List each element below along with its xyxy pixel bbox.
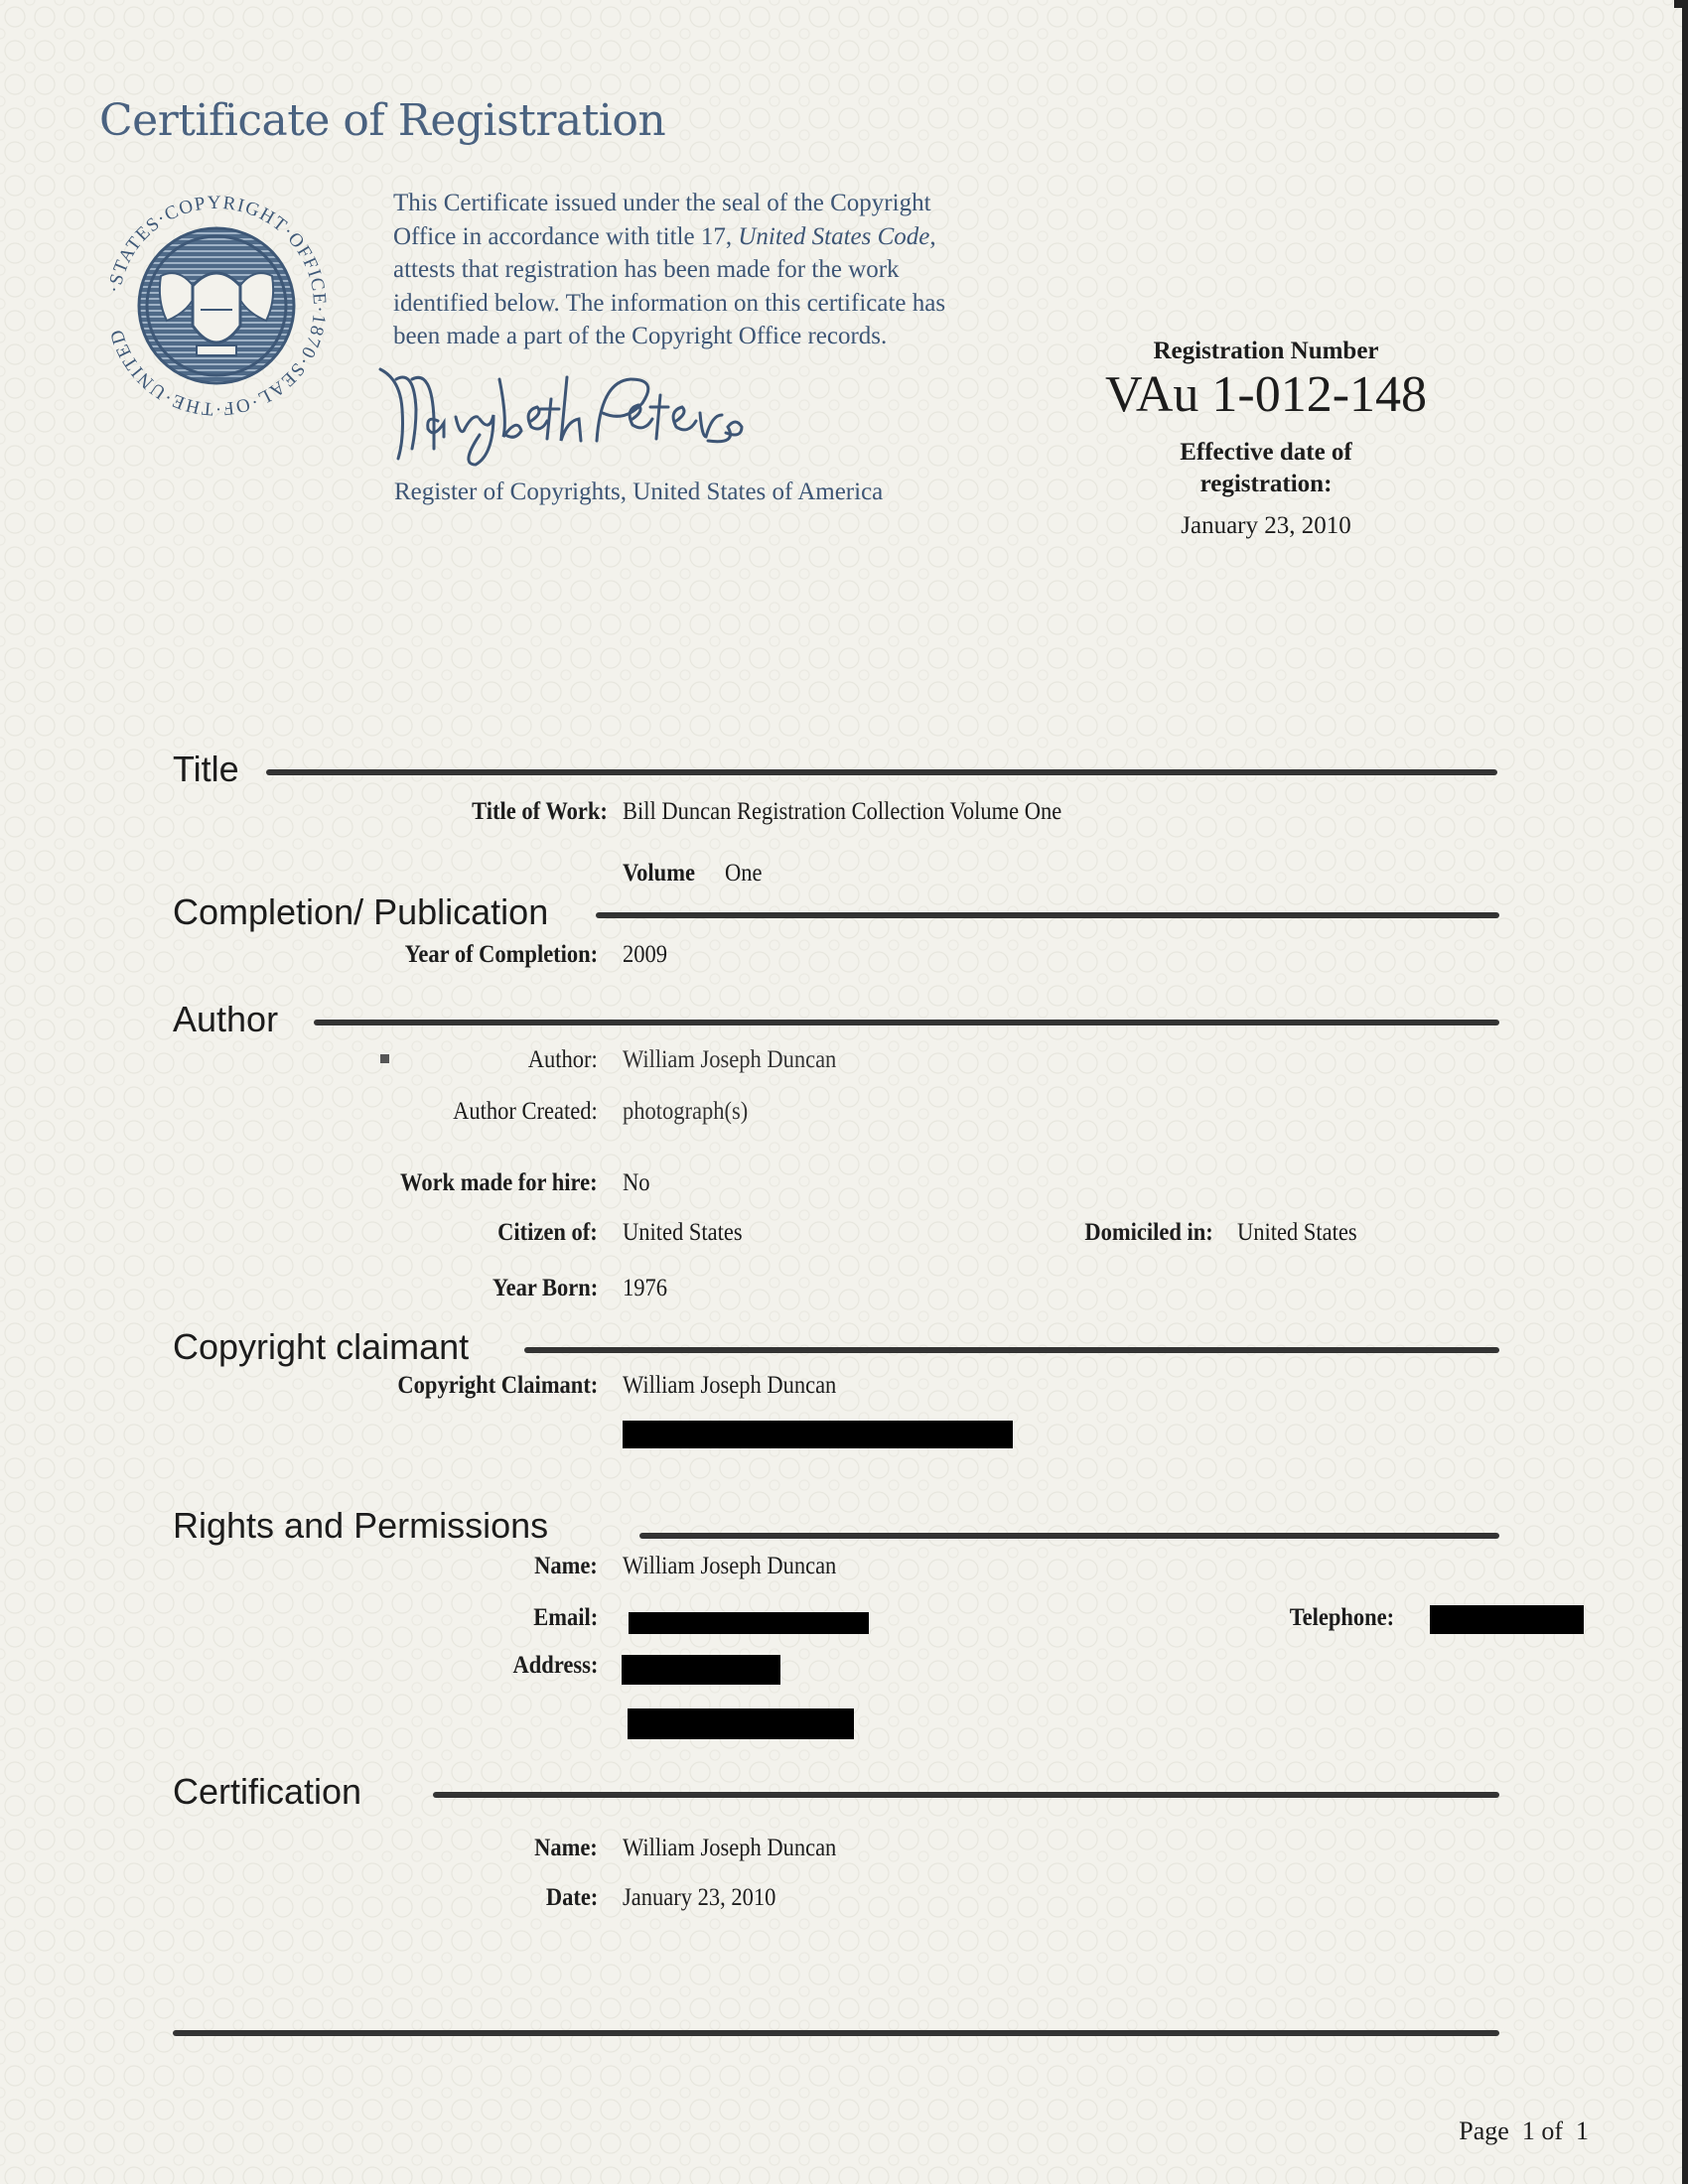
- author-value: William Joseph Duncan: [623, 1046, 836, 1074]
- domiciled-in-label: Domiciled in:: [1085, 1219, 1213, 1247]
- copyright-claimant-label: Copyright Claimant:: [397, 1372, 598, 1400]
- redacted-claimant-address: [623, 1421, 1013, 1448]
- domiciled-in-value: United States: [1237, 1219, 1357, 1247]
- certification-name-value: William Joseph Duncan: [623, 1835, 836, 1862]
- title-of-work-label: Title of Work:: [472, 798, 608, 826]
- section-author-heading: Author: [173, 999, 278, 1040]
- certificate-title: Certificate of Registration: [99, 95, 665, 146]
- year-of-completion-value: 2009: [623, 941, 667, 969]
- redacted-telephone: [1430, 1605, 1584, 1634]
- register-signature: [372, 359, 789, 478]
- registration-number: VAu 1-012-148: [1082, 367, 1450, 423]
- certification-date-label: Date:: [546, 1884, 598, 1912]
- intro-line: identified below. The information on thi…: [393, 287, 1029, 321]
- effective-date: January 23, 2010: [1082, 512, 1450, 540]
- volume-value: One: [725, 860, 762, 887]
- author-created-label: Author Created:: [453, 1098, 598, 1126]
- redacted-address-line-2: [628, 1708, 854, 1739]
- volume-label: Volume: [623, 860, 695, 887]
- section-divider: [433, 1792, 1499, 1798]
- section-certification-heading: Certification: [173, 1771, 361, 1813]
- section-divider: [524, 1347, 1499, 1353]
- section-divider: [266, 769, 1497, 775]
- section-divider: [314, 1020, 1499, 1025]
- section-divider: [596, 912, 1499, 918]
- copyright-claimant-value: William Joseph Duncan: [623, 1372, 836, 1400]
- intro-line: Office in accordance with title 17, Unit…: [393, 220, 1029, 254]
- copyright-office-seal-icon: ·STATES·COPYRIGHT·OFFICE·1870·SEAL·OF·TH…: [97, 187, 336, 425]
- section-completion-heading: Completion/ Publication: [173, 891, 548, 933]
- page-number: Page 1 of 1: [1459, 2116, 1589, 2146]
- rights-name-value: William Joseph Duncan: [623, 1553, 836, 1580]
- redacted-email: [629, 1612, 869, 1634]
- section-divider: [639, 1533, 1499, 1539]
- registration-number-label: Registration Number: [1082, 338, 1450, 365]
- intro-line: This Certificate issued under the seal o…: [393, 187, 1029, 220]
- intro-line: attests that registration has been made …: [393, 253, 1029, 287]
- rights-email-label: Email:: [533, 1604, 598, 1632]
- section-title-heading: Title: [173, 749, 239, 790]
- rights-telephone-label: Telephone:: [1290, 1604, 1394, 1632]
- section-claimant-heading: Copyright claimant: [173, 1326, 469, 1368]
- section-rights-heading: Rights and Permissions: [173, 1505, 548, 1547]
- year-born-value: 1976: [623, 1275, 667, 1302]
- certification-name-label: Name:: [534, 1835, 598, 1862]
- bottom-divider: [173, 2030, 1499, 2036]
- rights-name-label: Name:: [534, 1553, 598, 1580]
- certificate-intro: This Certificate issued under the seal o…: [393, 187, 1029, 353]
- author-label: Author:: [528, 1046, 598, 1074]
- author-created-value: photograph(s): [623, 1098, 748, 1126]
- year-of-completion-label: Year of Completion:: [404, 941, 598, 969]
- certification-date-value: January 23, 2010: [623, 1884, 775, 1912]
- citizen-of-label: Citizen of:: [497, 1219, 598, 1247]
- registration-block: Registration Number VAu 1-012-148 Effect…: [1082, 338, 1450, 540]
- work-for-hire-label: Work made for hire:: [400, 1169, 598, 1197]
- intro-line: been made a part of the Copyright Office…: [393, 320, 1029, 353]
- scan-corner: [1674, 0, 1688, 8]
- bullet-icon: [380, 1054, 389, 1063]
- register-title: Register of Copyrights, United States of…: [394, 478, 883, 506]
- year-born-label: Year Born:: [492, 1275, 598, 1302]
- citizen-of-value: United States: [623, 1219, 743, 1247]
- work-for-hire-value: No: [623, 1169, 650, 1197]
- scan-edge: [1682, 0, 1688, 2184]
- effective-date-label: Effective date of registration:: [1082, 437, 1450, 500]
- rights-address-label: Address:: [512, 1652, 598, 1680]
- redacted-address-line-1: [622, 1655, 780, 1685]
- title-of-work-value: Bill Duncan Registration Collection Volu…: [623, 798, 1061, 826]
